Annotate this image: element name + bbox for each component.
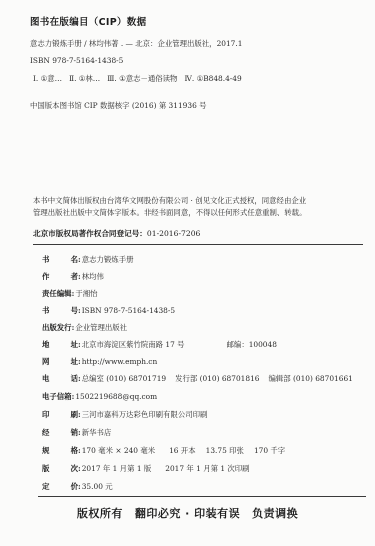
footer-replacement: 负责调换 (252, 507, 298, 520)
address: 北京市海淀区紫竹院南路 17 号 (82, 340, 185, 349)
cip-classification: Ⅰ. ①意… Ⅱ. ①林… Ⅲ. ①意志－通俗读物 Ⅳ. ①B848.4-49 (33, 73, 242, 84)
isbn: ISBN 978-7-5164-1438-5 (82, 306, 175, 315)
book-title: 意志力锻炼手册 (82, 255, 134, 264)
format-size: 170 毫米 × 240 毫米 (82, 446, 155, 455)
cip-isbn: ISBN 978-7-5164-1438-5 (30, 56, 123, 65)
format-folio: 16 开本 (169, 446, 196, 455)
format-words: 170 千字 (254, 446, 285, 455)
website-link: http://www.emph.cn (82, 357, 157, 366)
footer-piracy-notice: 翻印必究 · 印装有误 (135, 507, 240, 520)
colophon-author: 作者:林均伟 (42, 271, 104, 282)
colophon-distributor: 经销:新华书店 (42, 427, 111, 438)
colophon-phone: 电话:总编室 (010) 68701719发行部 (010) 68701816编… (42, 373, 353, 384)
cip-bibliographic-line: 意志力锻炼手册 / 林均伟著 . — 北京：企业管理出版社，2017.1 (30, 38, 242, 49)
colophon-publisher: 出版发行:企业管理出版社 (42, 322, 127, 333)
printer: 三河市嘉科万达彩色印刷有限公司印刷 (82, 410, 208, 419)
phone-distribution: 发行部 (010) 68701816 (175, 374, 259, 383)
colophon-email: 电子信箱:1502219688@qq.com (42, 391, 157, 402)
colophon-edition: 版次:2017 年 1 月第 1 版2017 年 1 月第 1 次印刷 (42, 463, 250, 474)
author: 林均伟 (82, 272, 104, 281)
colophon-printer: 印刷:三河市嘉科万达彩色印刷有限公司印刷 (42, 409, 207, 420)
distributor: 新华书店 (82, 428, 112, 437)
publisher: 企业管理出版社 (75, 323, 127, 332)
bottom-divider (38, 496, 366, 497)
registration-number: 01-2016-7206 (147, 229, 200, 238)
license-line-2: 管理出版社出版中文简体字版本。非经书面同意，不得以任何形式任意重制、转载。 (33, 207, 306, 219)
copyright-registration: 北京市版权局著作权合同登记号：01-2016-7206 (33, 228, 200, 239)
price: 35.00 元 (82, 482, 113, 491)
colophon-editor: 责任编辑:于湘怡 (42, 288, 98, 299)
phone-editorial-office: 总编室 (010) 68701719 (82, 374, 166, 383)
footer-all-rights: 版权所有 (77, 507, 123, 520)
colophon-address: 地址:北京市海淀区紫竹院南路 17 号邮编：100048 (42, 339, 277, 350)
colophon-isbn: 书号:ISBN 978-7-5164-1438-5 (42, 305, 175, 316)
colophon-format: 规格:170 毫米 × 240 毫米16 开本13.75 印张170 千字 (42, 445, 285, 456)
edition: 2017 年 1 月第 1 版 (82, 464, 152, 473)
printing: 2017 年 1 月第 1 次印刷 (165, 464, 249, 473)
top-divider (33, 244, 363, 245)
postcode: 邮编：100048 (227, 340, 277, 349)
cip-title: 图书在版编目（CIP）数据 (30, 14, 146, 28)
email: 1502219688@qq.com (75, 392, 157, 401)
phone-editorial-dept: 编辑部 (010) 68701661 (268, 374, 352, 383)
format-sheets: 13.75 印张 (206, 446, 244, 455)
copyright-footer: 版权所有翻印必究 · 印装有误负责调换 (0, 505, 375, 521)
editor: 于湘怡 (75, 289, 97, 298)
license-line-1: 本书中文简体出版权由台湾华文网股份有限公司 · 创见文化正式授权，同意经由企业 (33, 195, 306, 207)
cip-verification: 中国版本图书馆 CIP 数据核字 (2016) 第 311936 号 (30, 100, 207, 111)
colophon-website: 网址:http://www.emph.cn (42, 356, 157, 367)
registration-label: 北京市版权局著作权合同登记号： (33, 229, 147, 238)
colophon-price: 定价:35.00 元 (42, 481, 113, 492)
colophon-title: 书名:意志力锻炼手册 (42, 254, 133, 265)
